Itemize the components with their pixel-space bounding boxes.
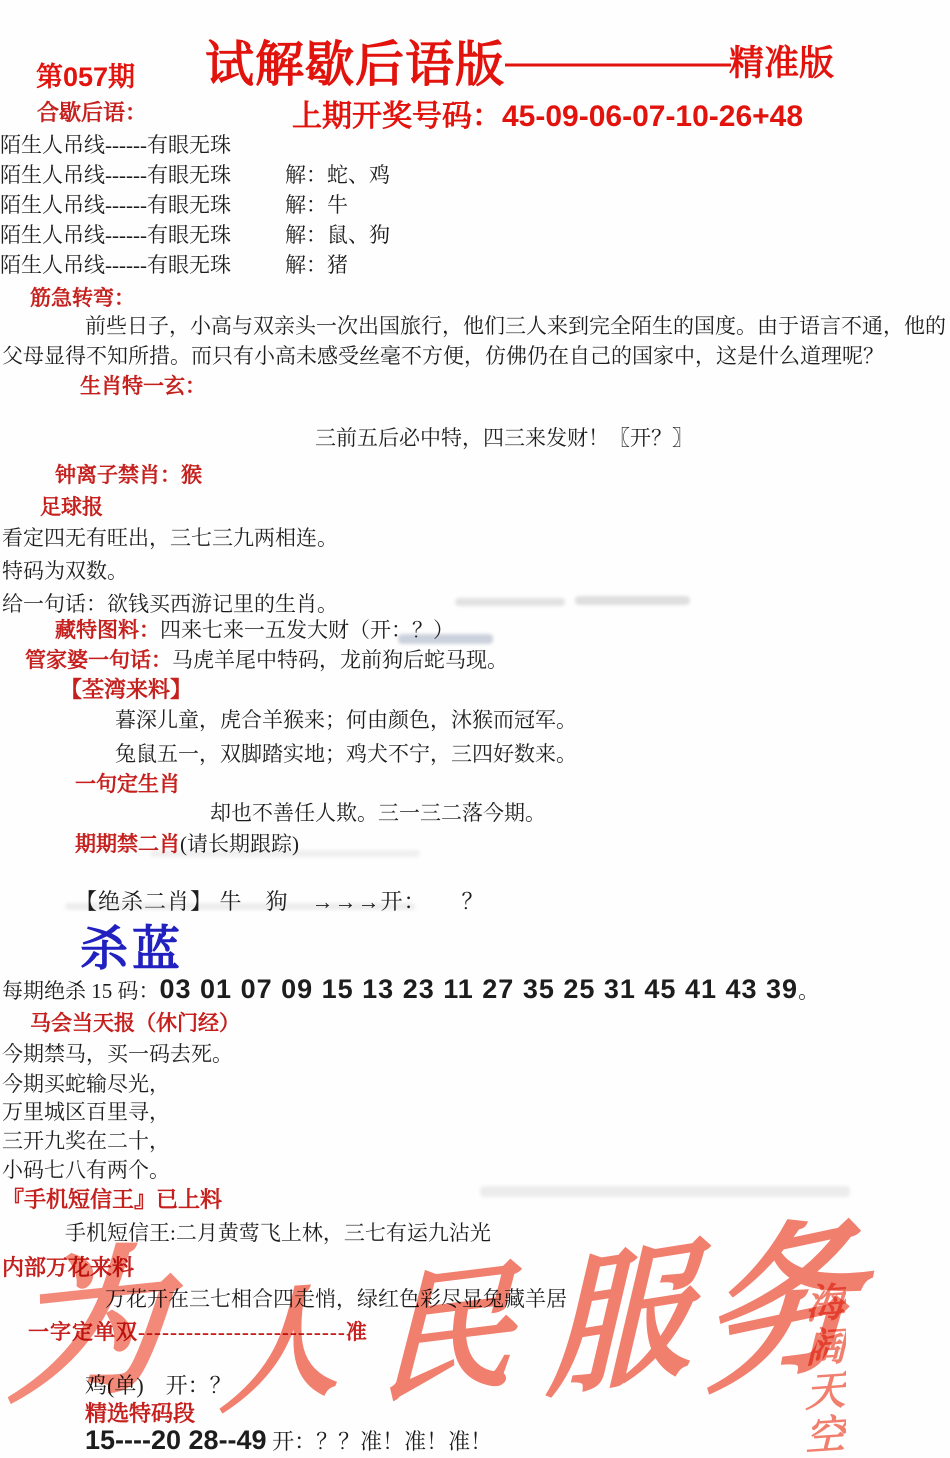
riddle-row: 陌生人吊线------有眼无珠 [0,129,285,159]
brain-teaser-line2: 父母显得不知所措。而只有小高未感受丝毫不方便，仿佛仍在自己的国家中，这是什么道理… [2,340,884,370]
mahui-line: 今期禁马，买一码去死。 [2,1038,233,1068]
quanwan-line: 暮深儿童，虎合羊猴来；何由颜色，沐猴而冠军。 [115,704,577,734]
last-draw-numbers: 上期开奖号码：45-09-06-07-10-26+48 [292,91,803,135]
riddle-text: 陌生人吊线------有眼无珠 [0,189,285,219]
guanjiapo-line: 管家婆一句话：马虎羊尾中特码，龙前狗后蛇马现。 [25,644,508,674]
ban-two-line: 期期禁二肖(请长期跟踪) [75,828,299,858]
football-line: 看定四无有旺出，三七三九两相连。 [2,522,338,552]
one-sentence-header: 一句定生肖 [75,768,180,798]
hehouyu-section-header: 合歇后语： [37,96,147,127]
mahui-line: 三开九奖在二十， [2,1125,170,1155]
tema-range: 15----20 28--49 [85,1425,267,1455]
watermark-char-ren: 人 [219,1278,339,1423]
title-main: 试解歇后语版 [205,38,505,92]
football-line: 特码为双数。 [2,555,128,585]
mahui-line: 万里城区百里寻， [2,1096,170,1126]
watermark-char-min: 民 [377,1259,514,1413]
ban-two-header: 期期禁二肖 [75,832,180,856]
sms-king-header: 『手机短信王』已上料 [2,1183,222,1214]
riddle-text: 陌生人吊线------有眼无珠 [0,129,285,159]
riddle-text: 陌生人吊线------有眼无珠 [0,219,285,249]
title-suffix: 精准版 [729,44,834,83]
riddle-text: 陌生人吊线------有眼无珠 [0,249,285,279]
mahui-line: 小码七八有两个。 [2,1154,170,1184]
riddle-answer: 解：牛 [285,193,348,217]
title-dashes: ———————— [505,47,729,80]
tema-segment-line: 15----20 28--49 开：？？准！准！准！ [85,1425,492,1456]
cangte-header: 藏特图料： [55,618,160,642]
tema-result: 开：？？准！准！准！ [272,1429,492,1454]
watermark-char-wei: 为 [6,1241,169,1417]
riddle-row: 陌生人吊线------有眼无珠解：鼠、狗 [0,219,390,249]
cangte-line: 藏特图料：四来七来一五发大财（开：？） [55,614,454,644]
guanjiapo-text: 马虎羊尾中特码，龙前狗后蛇马现。 [172,648,508,672]
mahui-line: 今期买蛇输尽光， [2,1068,170,1098]
brain-teaser-header: 筋急转弯： [30,282,135,312]
scan-smudge [455,598,565,606]
riddle-answer: 解：猪 [285,253,348,277]
riddle-row: 陌生人吊线------有眼无珠解：猪 [0,249,348,279]
quanwan-header: 【荃湾来料】 [60,673,192,704]
riddle-answer: 解：蛇、鸡 [285,163,390,187]
brain-teaser-line1: 前些日子，小高与双亲头一次出国旅行，他们三人来到完全陌生的国度。由于语言不通，他… [85,310,946,340]
tip-sheet-page: 试解歇后语版————————精准版 第057期 合歇后语： 上期开奖号码：45-… [0,0,950,1458]
riddle-row: 陌生人吊线------有眼无珠解：牛 [0,189,348,219]
riddle-text: 陌生人吊线------有眼无珠 [0,159,285,189]
issue-number: 第057期 [36,55,135,94]
watermark-vertical-seal: 海阔天空 [802,1281,842,1458]
mahui-header: 马会当天报（休门经） [30,1007,240,1037]
kill-15-period: 。 [798,979,819,1003]
riddle-row: 陌生人吊线------有眼无珠解：蛇、鸡 [0,159,390,189]
zodiac-mystery-header: 生肖特一玄： [80,370,206,400]
zodiac-mystery-line: 三前五后必中特，四三来发财！〖开？〗 [315,422,693,452]
football-report-header: 足球报 [40,491,103,521]
scan-smudge [575,596,690,605]
zhongli-ban-line: 钟离子禁肖：猴 [55,459,202,489]
kill-15-numbers: 03 01 07 09 15 13 23 11 27 35 25 31 45 4… [160,974,799,1004]
kill-15-codes-line: 每期绝杀 15 码：03 01 07 09 15 13 23 11 27 35 … [2,974,819,1005]
one-sentence-text: 却也不善任人欺。三一三二落今期。 [210,797,546,827]
kill-15-prefix: 每期绝杀 15 码： [2,979,160,1003]
guanjiapo-header: 管家婆一句话： [25,648,172,672]
riddle-answer: 解：鼠、狗 [285,223,390,247]
cangte-text: 四来七来一五发大财（开：？） [160,618,454,642]
watermark-char-fu: 服 [546,1238,690,1409]
scan-smudge [480,1186,850,1197]
quanwan-line: 兔鼠五一，双脚踏实地；鸡犬不宁，三四好数来。 [115,738,577,768]
page-title: 试解歇后语版————————精准版 [205,26,834,96]
ban-two-note: (请长期跟踪) [180,832,299,856]
kill-blue-title: 杀蓝 [80,910,184,979]
